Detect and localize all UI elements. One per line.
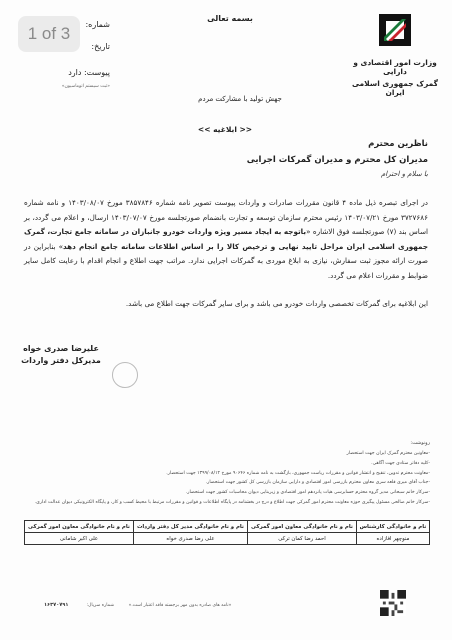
closing-line: این ابلاغیه برای گمرکات تخصصی واردات خود… — [24, 299, 428, 308]
handwritten-greeting: با سلام و احترام — [300, 170, 428, 178]
table-cell: علی اکبر شامانی — [25, 533, 134, 545]
system-note: «ثبت سیستم اتوماسیون» — [40, 84, 110, 89]
serial-value: ۱۶۳۷۰۷۹۱ — [44, 602, 78, 608]
signatory-title: مدیرکل دفتر واردات — [20, 356, 102, 365]
slogan: جهش تولید با مشارکت مردم — [150, 95, 330, 103]
cc-item: -سرکار خانم صالحی مسئول پیگیری حوزه معاو… — [20, 498, 430, 508]
cc-item: -سرکار خانم سبحانی مدیر گروه محترم حسابر… — [20, 488, 430, 498]
signature-stamp-icon — [112, 362, 138, 388]
notice-title: << ابلاغیه >> — [170, 125, 280, 134]
recipient-line-2: مدیران کل محترم و مدیران گمرکات اجرایی — [150, 155, 428, 165]
table-cell: احمد رضا کمان ترکی — [248, 533, 357, 545]
table-cell: علی رضا صدری خواه — [133, 533, 247, 545]
attachment-label: پیوست: دارد — [40, 68, 110, 77]
document-page: 1 of 3 شماره: تاریخ: پیوست: دارد «ثبت سی… — [0, 0, 452, 640]
bismillah-heading: بسمه تعالی — [190, 14, 270, 23]
customs-logo-block: وزارت امور اقتصادی و دارایی گمرک جمهوری … — [350, 10, 440, 97]
qr-code-icon — [380, 590, 406, 616]
cc-list: -معاونین محترم گمرک ایران جهت استحضار -ک… — [20, 449, 430, 508]
letter-meta: شماره: تاریخ: — [60, 14, 110, 58]
table-row: منوچهر افازاده احمد رضا کمان ترکی علی رض… — [25, 533, 430, 545]
cc-item: -معاونت محترم تدوین، تنقیح و انتشار قوان… — [20, 469, 430, 479]
serial-label: شماره سریال: — [84, 603, 114, 608]
org-line-customs: گمرک جمهوری اسلامی ایران — [350, 79, 440, 97]
cc-item: -کلیه دفاتر ستادی جهت آگاهی. — [20, 459, 430, 469]
cc-item: -معاونین محترم گمرک ایران جهت استحضار — [20, 449, 430, 459]
table-header-cell: نام و نام خانوادگی معاون امور گمرکی — [248, 521, 357, 533]
footer-note: «نامه های صادره بدون مهر برجسته فاقد اعت… — [120, 603, 240, 608]
date-label: تاریخ: — [60, 36, 110, 58]
signatories-table: نام و خانوادگی کارشناس نام و نام خانوادگ… — [24, 520, 430, 545]
signatory-name: علیرضا صدری خواه — [20, 344, 102, 353]
org-line-ministry: وزارت امور اقتصادی و دارایی — [350, 58, 440, 76]
table-cell: منوچهر افازاده — [356, 533, 429, 545]
number-label: شماره: — [60, 14, 110, 36]
table-header-cell: نام و خانوادگی کارشناس — [356, 521, 429, 533]
customs-logo-icon — [375, 10, 415, 50]
cc-item: -جناب آقای میری قلعه سری معاون محترم باز… — [20, 478, 430, 488]
letter-body: در اجرای تبصره ذیل ماده ۴ قانون مقررات ص… — [24, 196, 428, 283]
cc-title: رونوشت: — [300, 440, 430, 446]
table-header-row: نام و خانوادگی کارشناس نام و نام خانوادگ… — [25, 521, 430, 533]
table-header-cell: نام و نام خانوادگی مدیر کل دفتر واردات — [133, 521, 247, 533]
table-header-cell: نام و نام خانوادگی معاون امور گمرکی — [25, 521, 134, 533]
recipient-line-1: ناظرین محترم — [150, 139, 428, 149]
